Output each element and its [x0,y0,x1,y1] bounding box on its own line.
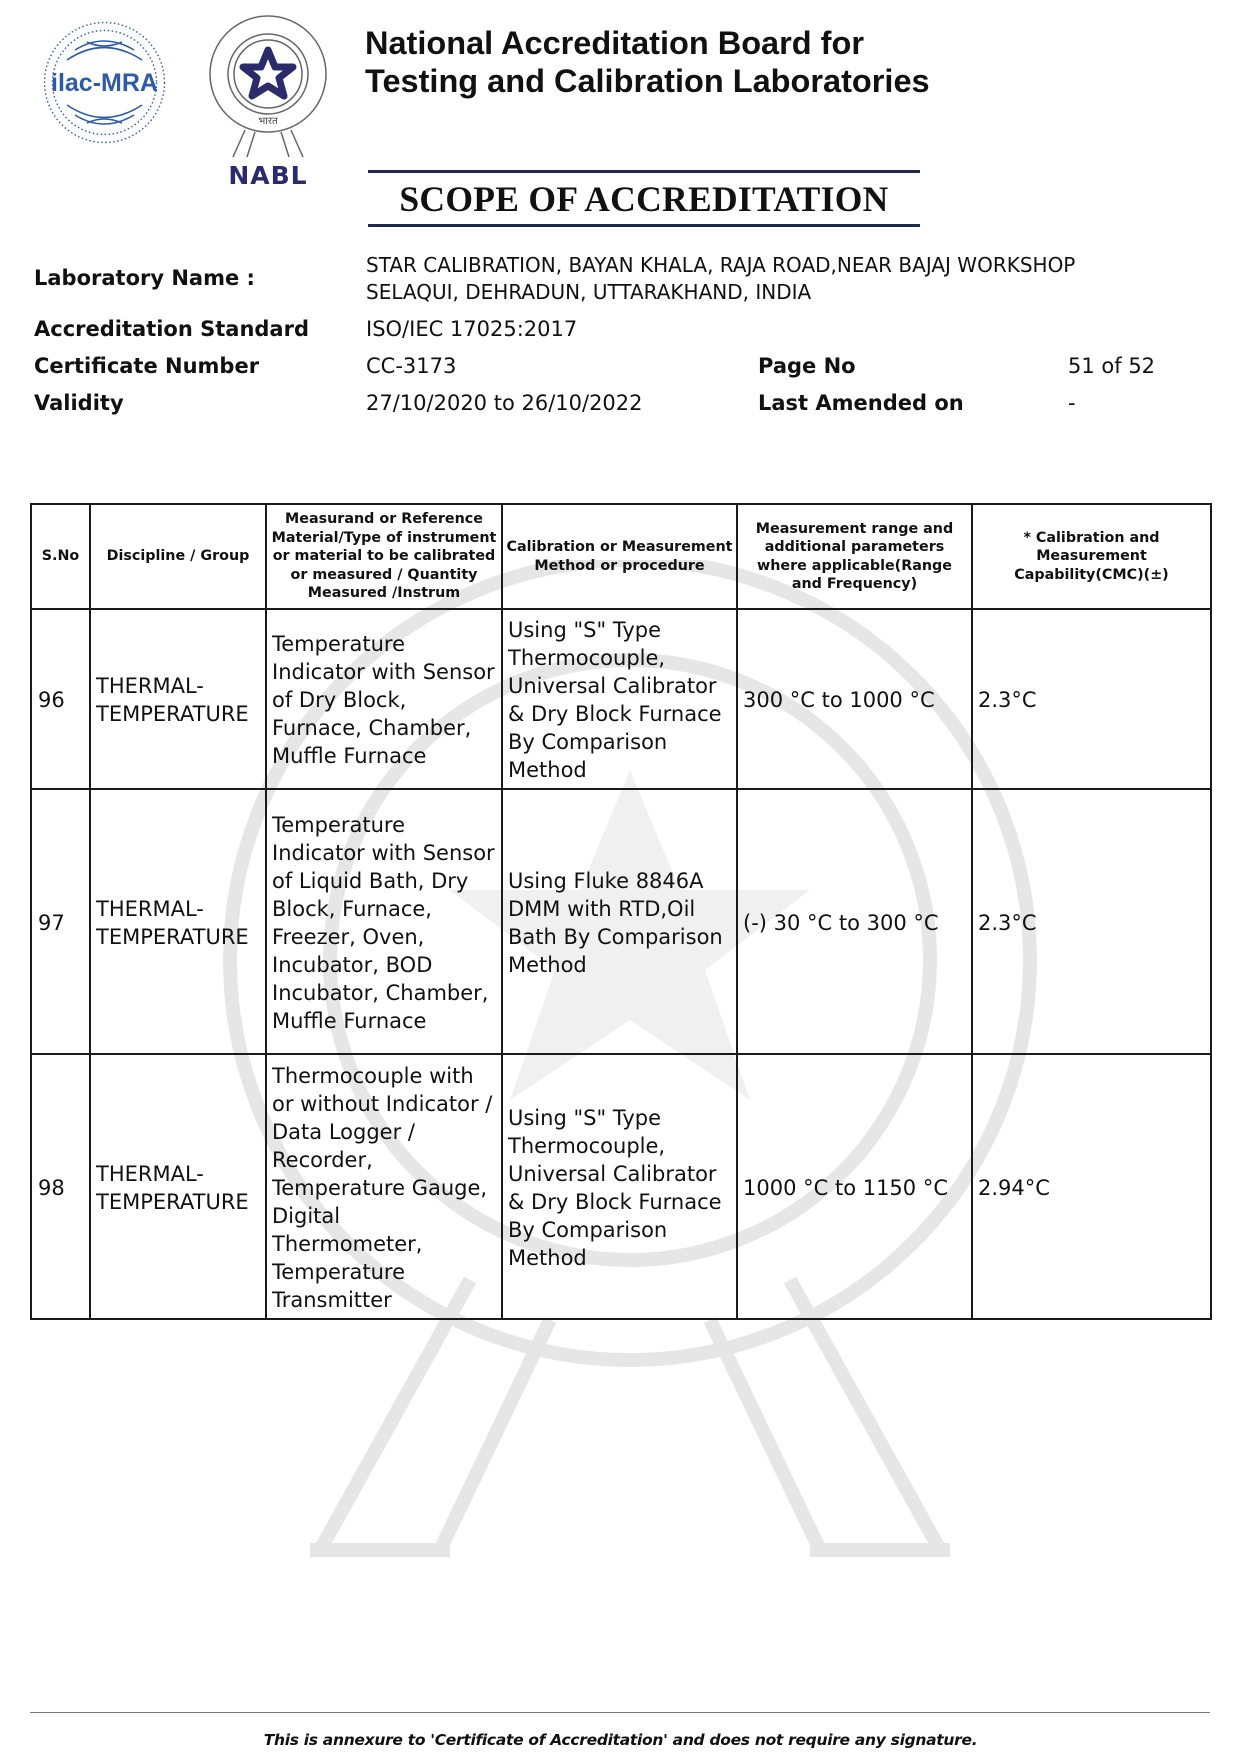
cell-sno: 96 [31,609,90,789]
cell-range: 300 °C to 1000 °C [737,609,972,789]
last-amended-value: - [1068,390,1076,417]
nabl-emblem-icon: भारत [203,12,333,162]
lab-name-label: Laboratory Name : [34,265,255,292]
cell-measurand: Temperature Indicator with Sensor of Dry… [266,609,502,789]
standard-label: Accreditation Standard [34,316,309,343]
standard-value: ISO/IEC 17025:2017 [366,316,577,343]
document-title: SCOPE OF ACCREDITATION [368,173,920,224]
table-header-row: S.No Discipline / Group Measurand or Ref… [31,504,1211,609]
cell-measurand: Thermocouple with or without Indicator /… [266,1054,502,1319]
validity-value: 27/10/2020 to 26/10/2022 [366,390,643,417]
lab-name-value: STAR CALIBRATION, BAYAN KHALA, RAJA ROAD… [366,252,1075,306]
certificate-value: CC-3173 [366,353,456,380]
page-no-label: Page No [758,353,856,380]
footer-note: This is annexure to 'Certificate of Accr… [0,1731,1241,1749]
ilac-mra-logo-icon: ilac-MRA [42,20,167,145]
nabl-wordmark: NABL [203,161,333,190]
lab-name-line1: STAR CALIBRATION, BAYAN KHALA, RAJA ROAD… [366,252,1075,279]
scope-table: S.No Discipline / Group Measurand or Ref… [30,503,1212,1320]
last-amended-label: Last Amended on [758,390,964,417]
certificate-label: Certificate Number [34,353,259,380]
column-header-method: Calibration or Measurement Method or pro… [502,504,737,609]
organization-title-line1: National Accreditation Board for [365,24,930,62]
column-header-discipline: Discipline / Group [90,504,266,609]
document-title-block: SCOPE OF ACCREDITATION [368,170,920,227]
cell-cmc: 2.3°C [972,789,1211,1054]
cell-discipline: THERMAL-TEMPERATURE [90,1054,266,1319]
cell-method: Using "S" Type Thermocouple, Universal C… [502,609,737,789]
cell-method: Using Fluke 8846A DMM with RTD,Oil Bath … [502,789,737,1054]
svg-text:ilac-MRA: ilac-MRA [51,69,158,97]
cell-measurand: Temperature Indicator with Sensor of Liq… [266,789,502,1054]
organization-title-line2: Testing and Calibration Laboratories [365,62,930,100]
cell-sno: 97 [31,789,90,1054]
column-header-sno: S.No [31,504,90,609]
cell-cmc: 2.3°C [972,609,1211,789]
cell-range: (-) 30 °C to 300 °C [737,789,972,1054]
title-rule-bottom [368,224,920,227]
table-row: 96 THERMAL-TEMPERATURE Temperature Indic… [31,609,1211,789]
page-no-value: 51 of 52 [1068,353,1155,380]
cell-discipline: THERMAL-TEMPERATURE [90,789,266,1054]
table-row: 97 THERMAL-TEMPERATURE Temperature Indic… [31,789,1211,1054]
cell-cmc: 2.94°C [972,1054,1211,1319]
cell-method: Using "S" Type Thermocouple, Universal C… [502,1054,737,1319]
nabl-logo: भारत NABL [203,12,333,190]
cell-sno: 98 [31,1054,90,1319]
column-header-cmc: * Calibration and Measurement Capability… [972,504,1211,609]
footer-divider [30,1712,1210,1713]
column-header-range: Measurement range and additional paramet… [737,504,972,609]
cell-discipline: THERMAL-TEMPERATURE [90,609,266,789]
validity-label: Validity [34,390,124,417]
lab-name-line2: SELAQUI, DEHRADUN, UTTARAKHAND, INDIA [366,279,1075,306]
column-header-measurand: Measurand or Reference Material/Type of … [266,504,502,609]
table-row: 98 THERMAL-TEMPERATURE Thermocouple with… [31,1054,1211,1319]
organization-title: National Accreditation Board for Testing… [365,24,930,100]
cell-range: 1000 °C to 1150 °C [737,1054,972,1319]
svg-text:भारत: भारत [258,116,278,127]
